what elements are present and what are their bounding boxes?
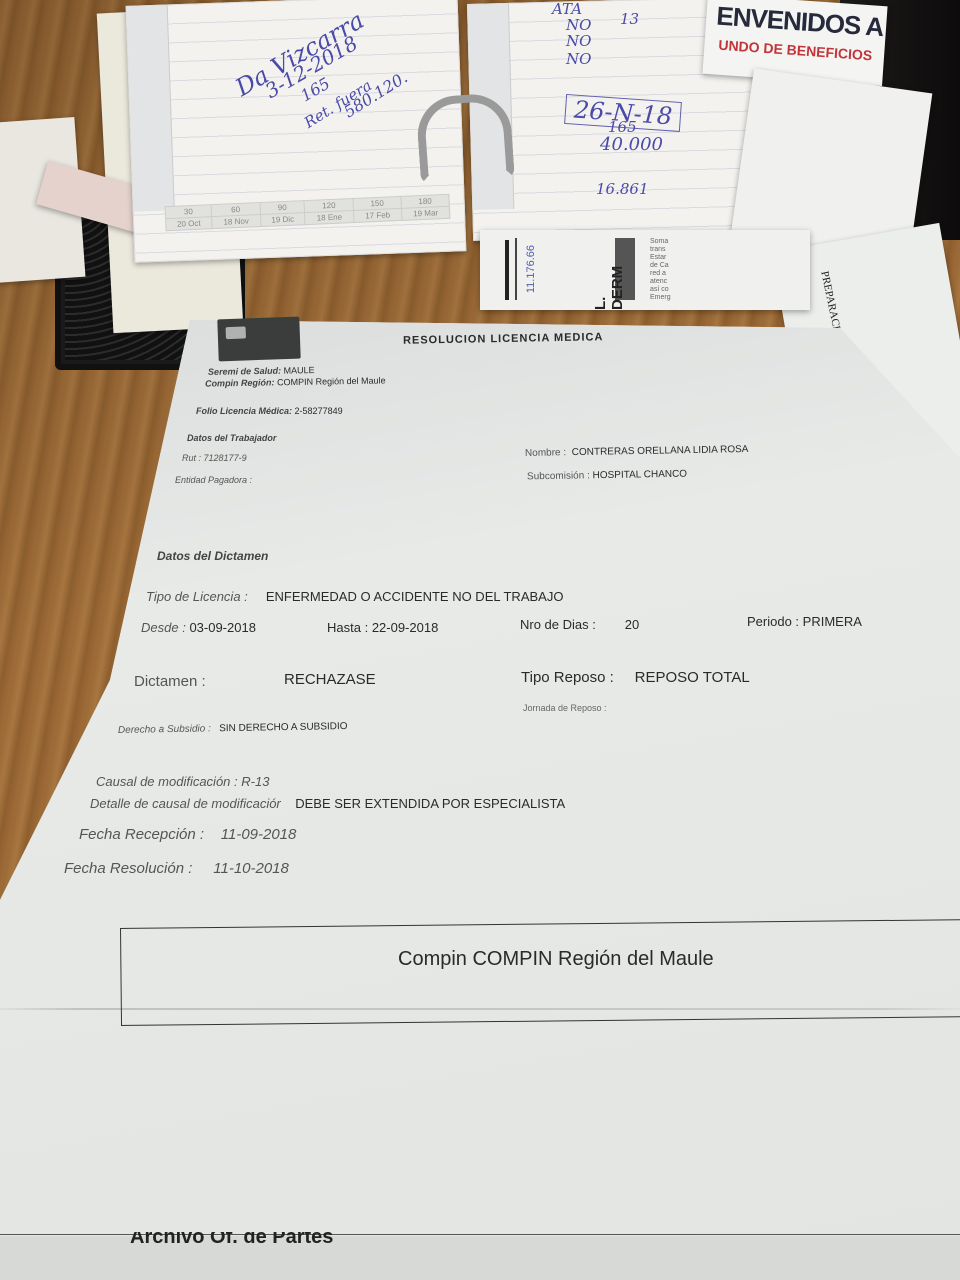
handwritten-note: 40.000: [600, 134, 663, 155]
hasta-field: Hasta : 22-09-2018: [327, 620, 438, 635]
causal-modificacion-field: Causal de modificación : R-13: [96, 774, 269, 789]
brochure-vertical-title: L. DERM: [592, 250, 626, 310]
worker-section-title: Datos del Trabajador: [187, 433, 276, 443]
rut-field: Rut : 7128177-9: [182, 453, 247, 463]
background-brochure: 11.176.66 L. DERM Somatrans Estarde Ca r…: [480, 230, 810, 310]
dictamen-field: Dictamen :: [134, 673, 206, 690]
binder-ring: [415, 92, 515, 184]
handwritten-note: NO: [566, 32, 591, 50]
desde-field: Desde : 03-09-2018: [141, 620, 256, 635]
handwritten-note: NO: [566, 50, 591, 68]
tipo-reposo-field: Tipo Reposo : REPOSO TOTAL: [521, 669, 750, 686]
fecha-resolucion-field: Fecha Resolución : 11-10-2018: [64, 860, 289, 877]
brochure-column-text: Somatrans Estarde Ca red aatenc así coEm…: [650, 238, 690, 302]
handwritten-note: 13: [620, 10, 639, 28]
seremi-field: Seremi de Salud: MAULE: [208, 365, 315, 377]
handwritten-number: 11.176.66: [525, 245, 537, 293]
periodo-field: Periodo : PRIMERA: [747, 614, 862, 629]
detalle-causal-field: Detalle de causal de modificaciór DEBE S…: [90, 796, 565, 811]
tipo-licencia-field: Tipo de Licencia : ENFERMEDAD O ACCIDENT…: [146, 589, 563, 604]
jornada-reposo-field: Jornada de Reposo :: [523, 703, 607, 713]
entidad-pagadora-field: Entidad Pagadora :: [175, 475, 252, 485]
sign-title: ENVENIDOS A: [715, 1, 884, 44]
signature-box: [120, 919, 960, 1026]
dictamen-section-title: Datos del Dictamen: [157, 549, 268, 563]
nro-dias-field: Nro de Dias : 20: [520, 617, 639, 632]
government-logo: [217, 317, 300, 362]
handwritten-note: 16.861: [596, 180, 649, 198]
partial-stamp-text: Archivo Of. de Partes: [130, 1232, 333, 1244]
dictamen-value: RECHAZASE: [284, 671, 376, 688]
signature-box-text: Compin COMPIN Región del Maule: [398, 948, 714, 971]
fecha-recepcion-field: Fecha Recepción : 11-09-2018: [79, 826, 296, 843]
folio-field: Folio Licencia Médica: 2-58277849: [196, 406, 343, 416]
